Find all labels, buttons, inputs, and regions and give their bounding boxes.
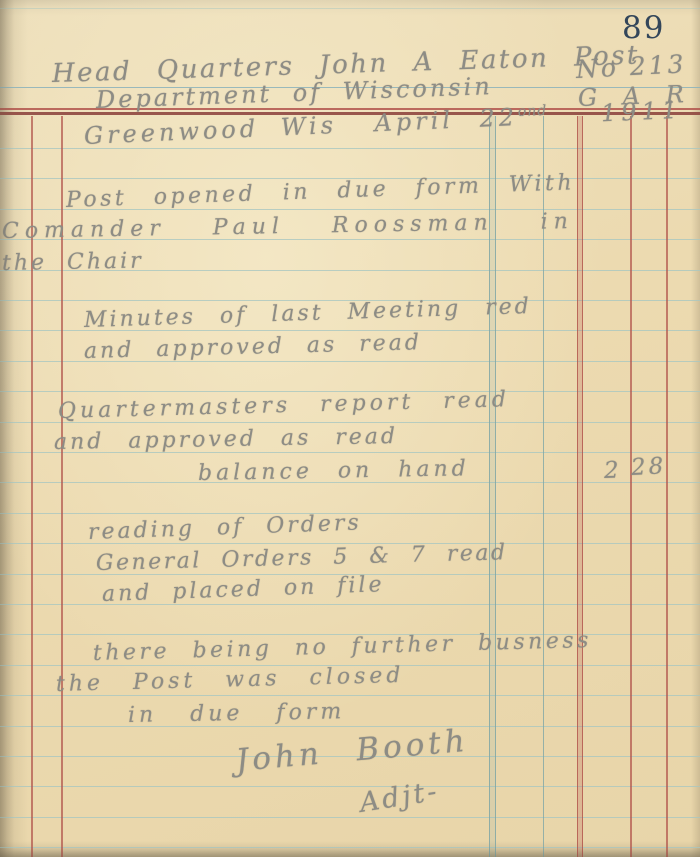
signature-title: Adjt- — [358, 776, 442, 819]
rule-vertical — [630, 116, 632, 857]
amount-dollars: 2 — [604, 457, 620, 484]
minutes-line: in due form — [128, 699, 346, 728]
dateline-date: April 22 — [374, 103, 519, 137]
minutes-line: Quartermasters report read — [58, 387, 511, 424]
rule-horizontal — [0, 817, 700, 818]
dateline-place: Greenwood Wis — [83, 111, 337, 150]
rule-vertical — [577, 116, 583, 857]
minutes-line: and placed on file — [102, 572, 385, 607]
ledger-page: 89 Head Quarters John A Eaton Post No 21… — [0, 0, 700, 857]
rule-horizontal — [0, 726, 700, 727]
amount-cents: 28 — [630, 453, 667, 481]
minutes-line: Post opened in due form With — [66, 170, 576, 213]
minutes-line: balance on hand — [198, 456, 470, 486]
header-org-number: No 213 — [575, 50, 687, 84]
dateline-year: 1911 — [600, 96, 682, 128]
minutes-line: and approved as read — [54, 424, 398, 455]
top-margin-rule — [0, 8, 700, 9]
rule-horizontal — [0, 847, 700, 848]
minutes-line: the Post was closed — [56, 663, 405, 697]
minutes-line: the Chair — [2, 249, 144, 277]
dateline-ordinal: ond — [518, 103, 548, 120]
minutes-line: reading of Orders — [88, 510, 363, 545]
minutes-line: and approved as read — [84, 330, 423, 364]
minutes-line: General Orders 5 & 7 read — [96, 540, 508, 576]
rule-horizontal — [0, 786, 700, 787]
rule-vertical — [666, 116, 668, 857]
signature-name: John Booth — [234, 724, 470, 780]
